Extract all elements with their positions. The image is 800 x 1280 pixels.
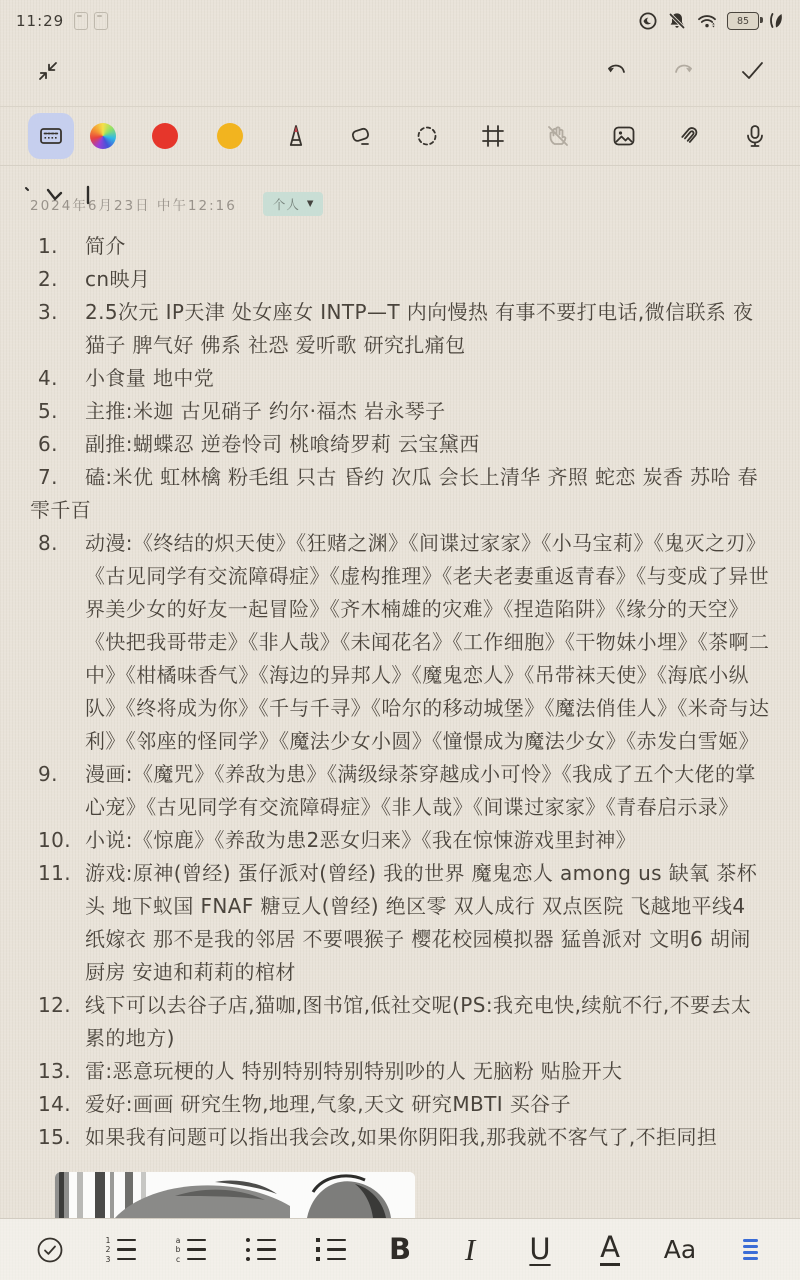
bold-icon[interactable]: B [380, 1230, 420, 1270]
category-tag[interactable]: 个人 ▼ [263, 192, 324, 216]
list-item-text: 副推:蝴蝶忍 逆卷怜司 桃喰绮罗莉 云宝黛西 [85, 428, 770, 461]
list-item-text: 小食量 地中党 [85, 362, 770, 395]
clock: 11:29 [16, 12, 64, 30]
list-item[interactable]: 13.雷:恶意玩梗的人 特别特别特别特别吵的人 无脑粉 贴脸开大 [30, 1055, 770, 1088]
color-wheel-icon[interactable] [90, 123, 116, 149]
numbered-list-icon[interactable]: 1 2 3 [100, 1230, 140, 1270]
yellow-color-dot[interactable] [217, 123, 243, 149]
font-size-icon[interactable]: Aa [660, 1230, 700, 1270]
red-color-dot[interactable] [152, 123, 178, 149]
list-item-text: 动漫:《终结的炽天使》《狂赌之渊》《间谍过家家》《小马宝莉》《鬼灭之刃》《古见同… [85, 527, 770, 758]
check-circle-icon[interactable] [30, 1230, 70, 1270]
lettered-list-icon[interactable]: a b c [170, 1230, 210, 1270]
list-item-text: 如果我有问题可以指出我会改,如果你阴阳我,那我就不客气了,不拒同担 [85, 1121, 770, 1154]
text-format-toolbar: 1 2 3 a b c B I U A Aa [0, 1218, 800, 1280]
list-item-text: 磕:米优 虹林檎 粉毛组 只古 昏约 次瓜 会长上清华 齐照 蛇恋 炭香 苏哈 … [30, 461, 770, 527]
list-item[interactable]: 9.漫画:《魔咒》《养敌为患》《满级绿茶穿越成小可怜》《我成了五个大佬的掌心宠》… [30, 758, 770, 824]
list-item-text: 漫画:《魔咒》《养敌为患》《满级绿茶穿越成小可怜》《我成了五个大佬的掌心宠》《古… [85, 758, 770, 824]
bell-muted-icon [667, 11, 687, 31]
palm-rejection-icon[interactable] [541, 119, 575, 153]
eye-protection-icon [638, 11, 658, 31]
list-item-text: 雷:恶意玩梗的人 特别特别特别特别吵的人 无脑粉 贴脸开大 [85, 1055, 770, 1088]
list-item[interactable]: 2.cn映月 [30, 263, 770, 296]
list-item[interactable]: 4.小食量 地中党 [30, 362, 770, 395]
list-item[interactable]: 11.游戏:原神(曾经) 蛋仔派对(曾经) 我的世界 魔鬼恋人 among us… [30, 857, 770, 989]
text-color-icon[interactable]: A [590, 1230, 630, 1270]
floating-window-icon [74, 12, 88, 30]
wifi-icon [696, 11, 718, 31]
battery-icon: 85 [727, 12, 759, 30]
image-icon[interactable] [607, 119, 641, 153]
attached-anime-image[interactable] [55, 1172, 415, 1218]
note-meta-row: 2024年6月23日 中午12:16 个人 ▼ [30, 192, 770, 216]
blue-lines-icon[interactable] [730, 1230, 770, 1270]
list-item[interactable]: 7.磕:米优 虹林檎 粉毛组 只古 昏约 次瓜 会长上清华 齐照 蛇恋 炭香 苏… [30, 461, 770, 527]
list-item[interactable]: 3.2.5次元 IP天津 处女座女 INTP—T 内向慢热 有事不要打电话,微信… [30, 296, 770, 362]
note-numbered-list[interactable]: 1.简介 2.cn映月 3.2.5次元 IP天津 处女座女 INTP—T 内向慢… [30, 230, 770, 1154]
italic-icon[interactable]: I [450, 1230, 490, 1270]
handwriting-stroke-remnants [18, 184, 108, 208]
list-item[interactable]: 12.线下可以去谷子店,猫咖,图书馆,低社交呢(PS:我充电快,续航不行,不要去… [30, 989, 770, 1055]
list-item[interactable]: 14.爱好:画画 研究生物,地理,气象,天文 研究MBTI 买谷子 [30, 1088, 770, 1121]
underline-icon[interactable]: U [520, 1230, 560, 1270]
floating-window-icon [94, 12, 108, 30]
list-item[interactable]: 1.简介 [30, 230, 770, 263]
microphone-icon[interactable] [738, 119, 772, 153]
confirm-check-icon[interactable] [738, 57, 766, 85]
list-item-text: 2.5次元 IP天津 处女座女 INTP—T 内向慢热 有事不要打电话,微信联系… [85, 296, 770, 362]
battery-percent: 85 [737, 16, 749, 27]
list-item-text: 线下可以去谷子店,猫咖,图书馆,低社交呢(PS:我充电快,续航不行,不要去太累的… [85, 989, 770, 1055]
chevron-down-icon: ▼ [307, 199, 314, 209]
list-item-text: 主推:米迦 古见硝子 约尔·福杰 岩永琴子 [85, 395, 770, 428]
power-save-leaf-icon [768, 12, 784, 30]
collapse-icon[interactable] [34, 57, 62, 85]
frame-icon[interactable] [476, 119, 510, 153]
list-item[interactable]: 15.如果我有问题可以指出我会改,如果你阴阳我,那我就不客气了,不拒同担 [30, 1121, 770, 1154]
bullet-list-icon[interactable] [240, 1230, 280, 1270]
category-tag-label: 个人 [273, 195, 300, 213]
keyboard-icon[interactable] [28, 113, 74, 159]
list-item[interactable]: 6.副推:蝴蝶忍 逆卷怜司 桃喰绮罗莉 云宝黛西 [30, 428, 770, 461]
list-item-text: 爱好:画画 研究生物,地理,气象,天文 研究MBTI 买谷子 [85, 1088, 770, 1121]
note-action-bar [0, 36, 800, 106]
floating-app-indicators [74, 12, 108, 30]
redo-icon[interactable] [670, 57, 698, 85]
eraser-icon[interactable] [344, 119, 378, 153]
note-canvas[interactable]: 2024年6月23日 中午12:16 个人 ▼ 1.简介 2.cn映月 3.2.… [0, 192, 800, 1154]
list-item[interactable]: 10.小说:《惊鹿》《养敌为患2恶女归来》《我在惊悚游戏里封神》 [30, 824, 770, 857]
list-item-text: 简介 [85, 230, 770, 263]
paperclip-icon[interactable] [672, 119, 706, 153]
status-bar: 11:29 85 [0, 0, 800, 36]
drawing-toolbar [0, 106, 800, 166]
list-item-text: 小说:《惊鹿》《养敌为患2恶女归来》《我在惊悚游戏里封神》 [85, 824, 770, 857]
square-list-icon[interactable] [310, 1230, 350, 1270]
undo-icon[interactable] [602, 57, 630, 85]
list-item-text: cn映月 [85, 263, 770, 296]
list-item-text: 游戏:原神(曾经) 蛋仔派对(曾经) 我的世界 魔鬼恋人 among us 缺氧… [85, 857, 770, 989]
pen-icon[interactable] [279, 119, 313, 153]
lasso-icon[interactable] [410, 119, 444, 153]
list-item[interactable]: 5.主推:米迦 古见硝子 约尔·福杰 岩永琴子 [30, 395, 770, 428]
list-item[interactable]: 8.动漫:《终结的炽天使》《狂赌之渊》《间谍过家家》《小马宝莉》《鬼灭之刃》《古… [30, 527, 770, 758]
